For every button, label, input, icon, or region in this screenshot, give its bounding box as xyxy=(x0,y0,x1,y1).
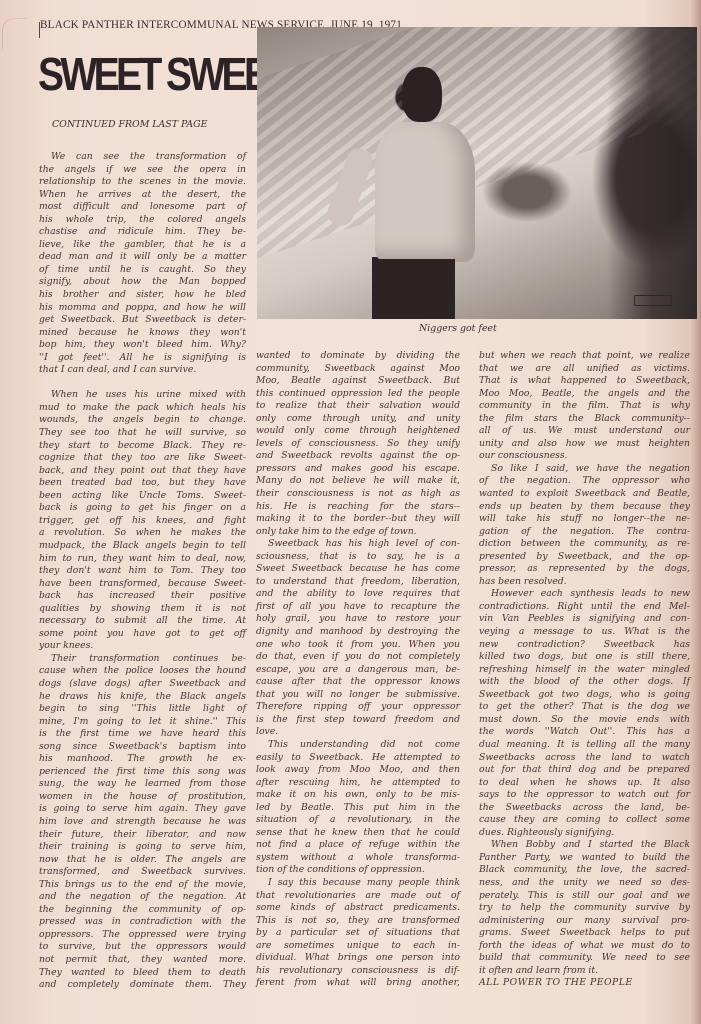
text-line: Moo, Beatle against Sweetback. But xyxy=(256,375,460,388)
text-line: Moo Moo, Beatle, the angels and the xyxy=(479,388,690,401)
text-line: So like I said, we have the negation xyxy=(479,463,690,476)
text-line: is going to serve him again. They gave xyxy=(39,803,246,816)
text-line: That is what happened to Sweetback, xyxy=(479,375,690,388)
text-line: our consciousness. xyxy=(479,450,690,463)
text-line: been treated bad too, but they have xyxy=(39,477,246,490)
text-line: escape, you are a dangerous man, be- xyxy=(256,664,460,677)
text-line: and the ability to love requires that xyxy=(256,588,460,601)
text-line: When Bobby and I started the Black xyxy=(479,839,690,852)
text-line: it often and learn from it. xyxy=(479,965,690,978)
text-line: Black community, the love, the sacred- xyxy=(479,864,690,877)
text-line: now that he is older. The angels are xyxy=(39,854,246,867)
text-line: and Sweetback revolts against the op- xyxy=(256,450,460,463)
text-line: ''I got feet''. All he is signifying is xyxy=(39,352,246,365)
text-line: only take him to the edge of town. xyxy=(256,526,460,539)
text-line: dignity and manhood by destroying the xyxy=(256,626,460,639)
text-line: most difficult and lonesome part of xyxy=(39,201,246,214)
text-line: the angels if we see the opera in xyxy=(39,164,246,177)
text-line: begin to sing ''This little light of xyxy=(39,703,246,716)
text-line: holy grail, you have to restore your xyxy=(256,613,460,626)
text-line: situation of a revolutionary, in the xyxy=(256,814,460,827)
text-line: However each synthesis leads to new xyxy=(479,588,690,601)
text-line: They wanted to bleed them to death xyxy=(39,967,246,980)
text-line: they don't want him to Tom. They too xyxy=(39,565,246,578)
text-line: administering our many survival pro- xyxy=(479,915,690,928)
text-line: the Sweetbacks across the land, be- xyxy=(479,802,690,815)
text-line: relationship to the scenes in the movie. xyxy=(39,176,246,189)
film-still-photo xyxy=(257,27,697,319)
text-line: perately. This is still our goal and we xyxy=(479,890,690,903)
text-line: transformed, and Sweetback survives. xyxy=(39,866,246,879)
page-fold-mark xyxy=(2,18,27,49)
text-line: they start to become Black. They re- xyxy=(39,440,246,453)
text-line: and the negation of the negation. At xyxy=(39,891,246,904)
text-line: one who took it from you. When you xyxy=(256,639,460,652)
text-line: try to help the community survive by xyxy=(479,902,690,915)
text-line: their future, their liberator, and now xyxy=(39,829,246,842)
newspaper-page: BLACK PANTHER INTERCOMMUNAL NEWS SERVICE… xyxy=(0,0,701,1024)
text-line: This brings us to the end of the movie, xyxy=(39,879,246,892)
text-line: killed two dogs, but one is still there, xyxy=(479,651,690,664)
text-line: sense that he knew then that he could xyxy=(256,827,460,840)
text-line: dividual. What brings one person into xyxy=(256,952,460,965)
running-man-head xyxy=(402,67,442,122)
text-line: make it on his own, only to be mis- xyxy=(256,789,460,802)
text-line: cognize that they too are like Sweet- xyxy=(39,452,246,465)
text-line: been acting like Uncle Toms. Sweet- xyxy=(39,490,246,503)
text-line: to survive, but the oppressors would xyxy=(39,941,246,954)
text-line: qualities by showing them it is not xyxy=(39,603,246,616)
text-line: Sweetbacks across the land to watch xyxy=(479,752,690,765)
text-line: dues. Righteously signifying. xyxy=(479,827,690,840)
text-line: wounds, the angels begin to change. xyxy=(39,414,246,427)
text-line: is the first step toward freedom and xyxy=(256,714,460,727)
text-line: pressed was in contradiction with the xyxy=(39,916,246,929)
text-line: their consciousness is not as high as xyxy=(256,488,460,501)
text-line: tion of the conditions of oppression. xyxy=(256,864,460,877)
brush-shadow xyxy=(607,27,697,319)
text-line: to realize that their salvation would xyxy=(256,400,460,413)
article-column-2: wanted to dominate by dividing thecommun… xyxy=(256,350,460,990)
text-line: but when we reach that point, we realize xyxy=(479,350,690,363)
text-line: lieve, like the gambler, that he is a xyxy=(39,239,246,252)
text-line: levels of consciousness. So they unify xyxy=(256,438,460,451)
text-line: They see too that he will survive, so xyxy=(39,427,246,440)
closing-slogan: ALL POWER TO THE PEOPLE xyxy=(479,977,690,990)
text-line: his manhood. The growth he ex- xyxy=(39,753,246,766)
text-line: system without a whole transforma- xyxy=(256,852,460,865)
text-line: new contradiction? Sweetback has xyxy=(479,639,690,652)
text-line: back is going to get his finger on a xyxy=(39,502,246,515)
text-line: wanted to dominate by dividing the xyxy=(256,350,460,363)
text-line: get Sweetback. But Sweetback is deter- xyxy=(39,314,246,327)
text-line: back has increased their positive xyxy=(39,590,246,603)
text-line: have been transformed, because Sweet- xyxy=(39,578,246,591)
text-line: perienced the first time this song was xyxy=(39,766,246,779)
text-line: this continued oppression led the people xyxy=(256,388,460,401)
text-line: him love and strength because he was xyxy=(39,816,246,829)
text-line: chastise and ridicule him. They be- xyxy=(39,226,246,239)
text-line: he draws his knife, the Black angels xyxy=(39,691,246,704)
text-line: necessary to submit all the time. At xyxy=(39,615,246,628)
text-line: that we are all unified as victims. xyxy=(479,363,690,376)
text-line: your knees. xyxy=(39,640,246,653)
text-line: When he uses his urine mixed with xyxy=(39,389,246,402)
text-line: community in the film. That is why xyxy=(479,400,690,413)
text-line: only come through unity, and unity xyxy=(256,413,460,426)
text-line: their training is going to serve him, xyxy=(39,841,246,854)
text-line: is the first time we have heard this xyxy=(39,728,246,741)
text-line: will take his stuff no longer--the ne- xyxy=(479,513,690,526)
text-line: oppressors. The oppressed were trying xyxy=(39,929,246,942)
text-line: This is not so, they are transformed xyxy=(256,915,460,928)
text-line: Therefore ripping off your oppressor xyxy=(256,701,460,714)
text-line: women in the house of prostitution, xyxy=(39,791,246,804)
text-line: ends up beaten by them because they xyxy=(479,501,690,514)
text-line: Sweetback has his high level of con- xyxy=(256,538,460,551)
text-line: We can see the transformation of xyxy=(39,151,246,164)
text-line: This understanding did not come xyxy=(256,739,460,752)
text-line: gation of the negation. The contra- xyxy=(479,526,690,539)
text-line: has been resolved. xyxy=(479,576,690,589)
text-line: song since Sweetback's baptism into xyxy=(39,741,246,754)
text-line: back, and they point out that they have xyxy=(39,465,246,478)
text-line: community, Sweetback against Moo xyxy=(256,363,460,376)
text-line: are sometimes unique to each in- xyxy=(256,940,460,953)
text-line: a revolution. So when he makes the xyxy=(39,527,246,540)
text-line: diction between the community, as re- xyxy=(479,538,690,551)
text-line: after rescuing him, he attempted to xyxy=(256,777,460,790)
text-line: to understand that freedom, liberation, xyxy=(256,576,460,589)
text-line: easily to Sweetback. He attempted to xyxy=(256,752,460,765)
text-line: trigger, get off his knees, and fight xyxy=(39,515,246,528)
text-line: mined because he knows they won't xyxy=(39,327,246,340)
text-line: pressor, as represented by the dogs, xyxy=(479,563,690,576)
text-line: mine, I'm going to let it shine.'' This xyxy=(39,716,246,729)
text-line: out for that third dog and be prepared xyxy=(479,764,690,777)
text-line: signify, about how the Man bopped xyxy=(39,276,246,289)
photo-caption: Niggers got feet xyxy=(419,323,497,334)
text-line: Sweet Sweetback because he has come xyxy=(256,563,460,576)
text-line: led by Beatle. This put him in the xyxy=(256,802,460,815)
text-line: When he arrives at the desert, the xyxy=(39,189,246,202)
text-line: first of all you have to recapture the xyxy=(256,601,460,614)
text-line: grams. Sweet Sweetback helps to put xyxy=(479,927,690,940)
text-line: the beginning the community of op- xyxy=(39,904,246,917)
photo-credit-mark xyxy=(634,295,672,306)
text-line: presented by Sweetback, and the op- xyxy=(479,551,690,564)
text-line: his brother and sister, how he bled xyxy=(39,289,246,302)
text-line: cause after that the oppressor knows xyxy=(256,676,460,689)
text-line: I say this because many people think xyxy=(256,877,460,890)
text-line: refreshing himself in the water mingled xyxy=(479,664,690,677)
text-line: cause when the police looses the hound xyxy=(39,665,246,678)
text-line: that I can deal, and I can survive. xyxy=(39,364,246,377)
text-line: the words ''Watch Out''. This has a xyxy=(479,726,690,739)
text-line: his. He is reaching for the stars-- xyxy=(256,501,460,514)
text-line: must down. So the movie ends with xyxy=(479,714,690,727)
text-line: bop him, they won't bleed him. Why? xyxy=(39,339,246,352)
text-line: some point you have got to get off xyxy=(39,628,246,641)
text-line: making it to the border--but they will xyxy=(256,513,460,526)
text-line: mudpack, the Black angels begin to tell xyxy=(39,540,246,553)
running-man-torso xyxy=(375,122,475,262)
text-line: that revolutionaries are made out of xyxy=(256,890,460,903)
running-man-legs xyxy=(375,259,455,319)
text-line: his revolutionary consciousness is dif- xyxy=(256,965,460,978)
text-line: dead man and it will only be a matter xyxy=(39,251,246,264)
text-line: some kinds of abstract predicaments. xyxy=(256,902,460,915)
continued-kicker: CONTINUED FROM LAST PAGE xyxy=(52,119,208,130)
paragraph-gap xyxy=(39,377,246,390)
text-line: wanted to exploit Sweetback and Beatle, xyxy=(479,488,690,501)
text-line: of time until he is caught. So they xyxy=(39,264,246,277)
text-line: him to run, they want him to deal, now, xyxy=(39,553,246,566)
text-line: of the negation. The oppressor who xyxy=(479,475,690,488)
text-line: do that, even if you do not completely xyxy=(256,651,460,664)
text-line: and completely dominate them. They xyxy=(39,979,246,992)
text-line: vin Van Peebles is signifying and con- xyxy=(479,613,690,626)
text-line: cause they are coming to collect some xyxy=(479,814,690,827)
text-line: Their transformation continues be- xyxy=(39,653,246,666)
text-line: contradictions. Right until the end Mel- xyxy=(479,601,690,614)
text-line: dogs (slave dogs) after Sweetback and xyxy=(39,678,246,691)
text-line: to deal when he shows up. It also xyxy=(479,777,690,790)
text-line: not find a place of refuge within the xyxy=(256,839,460,852)
text-line: forth the ideas of what we must do to xyxy=(479,940,690,953)
text-line: veying a message to us. What is the xyxy=(479,626,690,639)
text-line: the film stars the Black community-- xyxy=(479,413,690,426)
text-line: with the blood of the other dogs. If xyxy=(479,676,690,689)
text-line: by a particular set of situations that xyxy=(256,927,460,940)
text-line: all of us. We must understand our xyxy=(479,425,690,438)
text-line: sung, the way he learned from those xyxy=(39,778,246,791)
text-line: sciousness, that is to say, he is a xyxy=(256,551,460,564)
text-line: pressors and makes good his escape. xyxy=(256,463,460,476)
text-line: Sweetback got two dogs, who is going xyxy=(479,689,690,702)
text-line: ness, and the unity we need so des- xyxy=(479,877,690,890)
text-line: Many do not believe he will make it, xyxy=(256,475,460,488)
text-line: dual meaning. It is telling all the many xyxy=(479,739,690,752)
text-line: would only come through heightened xyxy=(256,425,460,438)
text-line: love. xyxy=(256,726,460,739)
text-line: mud to make the pack which heals his xyxy=(39,402,246,415)
text-line: Panther Party, we wanted to build the xyxy=(479,852,690,865)
text-line: build that community. We need to see xyxy=(479,952,690,965)
text-line: to get the other? That is the dog we xyxy=(479,701,690,714)
text-line: says to the oppressor to watch out for xyxy=(479,789,690,802)
text-line: unity and also how we must heighten xyxy=(479,438,690,451)
text-line: his momma and poppa, and how he will xyxy=(39,302,246,315)
article-column-3: but when we reach that point, we realize… xyxy=(479,350,690,990)
text-line: not permit that, they wanted more. xyxy=(39,954,246,967)
text-line: that you will no longer be submissive. xyxy=(256,689,460,702)
text-line: his whole trip, the colored angels xyxy=(39,214,246,227)
text-line: look away from Moo Moo, and then xyxy=(256,764,460,777)
article-column-1: We can see the transformation ofthe ange… xyxy=(39,151,246,992)
text-line: ferent from what will bring another, xyxy=(256,977,460,990)
